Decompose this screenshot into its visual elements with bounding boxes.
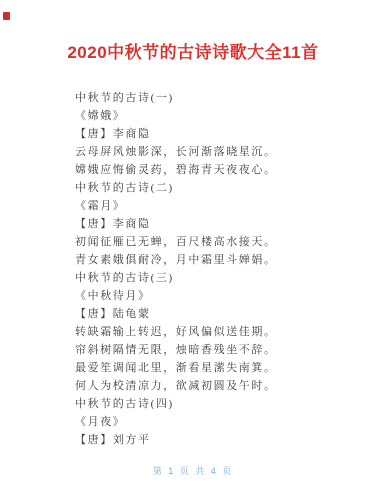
poem-title: 《中秋待月》 — [75, 287, 355, 305]
poem-verse: 帘斜树隔情无限，烛暗香残坐不辞。 — [75, 341, 355, 359]
poem-title: 《月夜》 — [75, 413, 355, 431]
section-label: 中秋节的古诗(三) — [75, 269, 355, 287]
corner-red-mark — [3, 12, 10, 20]
poem-verse: 初闻征雁已无蝉，百尺楼高水接天。 — [75, 233, 355, 251]
poem-verse: 最爱笙调闻北里，渐看星潆失南箕。 — [75, 359, 355, 377]
poem-verse: 转缺霜输上转迟，好风偏似送佳期。 — [75, 323, 355, 341]
poem-verse: 青女素娥俱耐冷，月中霜里斗婵娟。 — [75, 251, 355, 269]
poem-title: 《嫦娥》 — [75, 107, 355, 125]
document-title: 2020中秋节的古诗诗歌大全11首 — [0, 42, 386, 64]
document-body: 中秋节的古诗(一) 《嫦娥》 【唐】李商隐 云母屏风烛影深，长河渐落晓星沉。 嫦… — [75, 89, 355, 449]
poem-author: 【唐】刘方平 — [75, 431, 355, 449]
document-page: 2020中秋节的古诗诗歌大全11首 中秋节的古诗(一) 《嫦娥》 【唐】李商隐 … — [0, 0, 386, 500]
poem-verse: 嫦娥应悔偷灵药，碧海青天夜夜心。 — [75, 161, 355, 179]
section-label: 中秋节的古诗(四) — [75, 395, 355, 413]
poem-author: 【唐】李商隐 — [75, 125, 355, 143]
poem-verse: 何人为校清凉力，欲减初圆及午时。 — [75, 377, 355, 395]
poem-title: 《霜月》 — [75, 197, 355, 215]
poem-verse: 云母屏风烛影深，长河渐落晓星沉。 — [75, 143, 355, 161]
section-label: 中秋节的古诗(一) — [75, 89, 355, 107]
poem-author: 【唐】李商隐 — [75, 215, 355, 233]
section-label: 中秋节的古诗(二) — [75, 179, 355, 197]
poem-author: 【唐】陆龟蒙 — [75, 305, 355, 323]
page-number-footer: 第 1 页 共 4 页 — [0, 464, 386, 477]
